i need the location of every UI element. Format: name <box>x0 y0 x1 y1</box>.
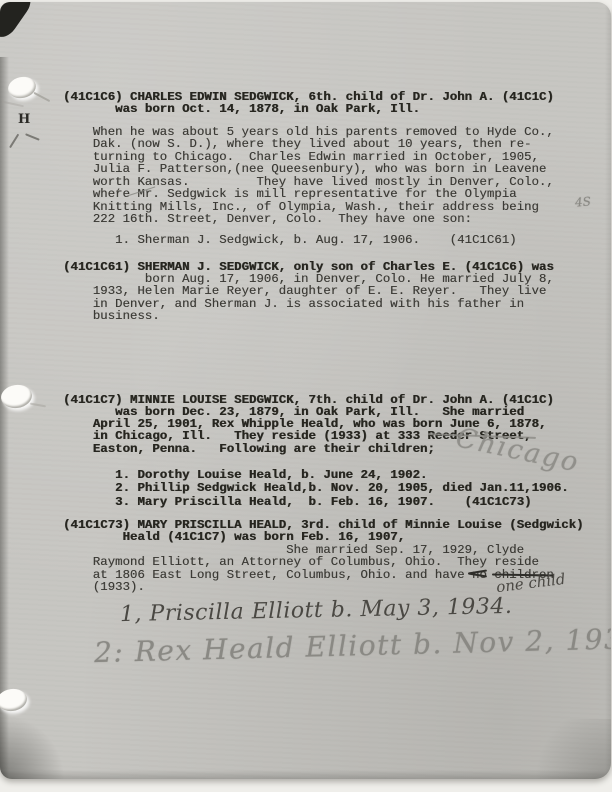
section-41C1C6-children: 1. Sherman J. Sedgwick, b. Aug. 17, 1906… <box>63 234 517 246</box>
bottom-edge-shadow <box>0 770 611 779</box>
section-41C1C73-body: She married Sep. 17, 1929, Clyde Raymond… <box>63 544 554 594</box>
section-41C1C7-heading: (41C1C7) MINNIE LOUISE SEDGWICK, 7th. ch… <box>63 394 554 419</box>
punch-hole <box>6 74 38 100</box>
margin-letter: H <box>18 112 30 127</box>
pencil-mark <box>25 133 40 140</box>
punch-hole-crease <box>34 92 51 102</box>
inserted-comma-annotation: , <box>116 178 120 194</box>
bottom-left-corner-shadow <box>0 709 70 779</box>
handwritten-child-1: 1, Priscilla Elliott b. May 3, 1934. <box>120 594 513 627</box>
being-margin-mark: 4S <box>574 194 591 209</box>
handwritten-child-2: 2: Rex Heald Elliott b. Nov 2, 1936 <box>94 622 611 669</box>
bottom-right-corner-shadow <box>521 719 611 779</box>
paper-sheet: H (41C1C6) CHARLES EDWIN SEDGWICK, 6th. … <box>0 2 611 779</box>
section-41C1C61-body: born Aug. 17, 1906, in Denver, Colo. He … <box>63 273 554 323</box>
section-41C1C7-children: 1. Dorothy Louise Heald, b. June 24, 190… <box>63 469 569 509</box>
left-edge-shadow <box>0 57 9 779</box>
punch-hole-crease <box>30 403 46 407</box>
pencil-mark <box>9 134 19 148</box>
right-edge-shadow <box>605 2 611 779</box>
section-41C1C73-heading: (41C1C73) MARY PRISCILLA HEALD, 3rd. chi… <box>63 519 584 544</box>
scanned-page-viewport: H (41C1C6) CHARLES EDWIN SEDGWICK, 6th. … <box>0 0 612 792</box>
section-41C1C6-heading: (41C1C6) CHARLES EDWIN SEDGWICK, 6th. ch… <box>63 91 554 116</box>
scan-corner-artifact <box>0 2 36 42</box>
section-41C1C6-body: When he was about 5 years old his parent… <box>63 126 554 226</box>
